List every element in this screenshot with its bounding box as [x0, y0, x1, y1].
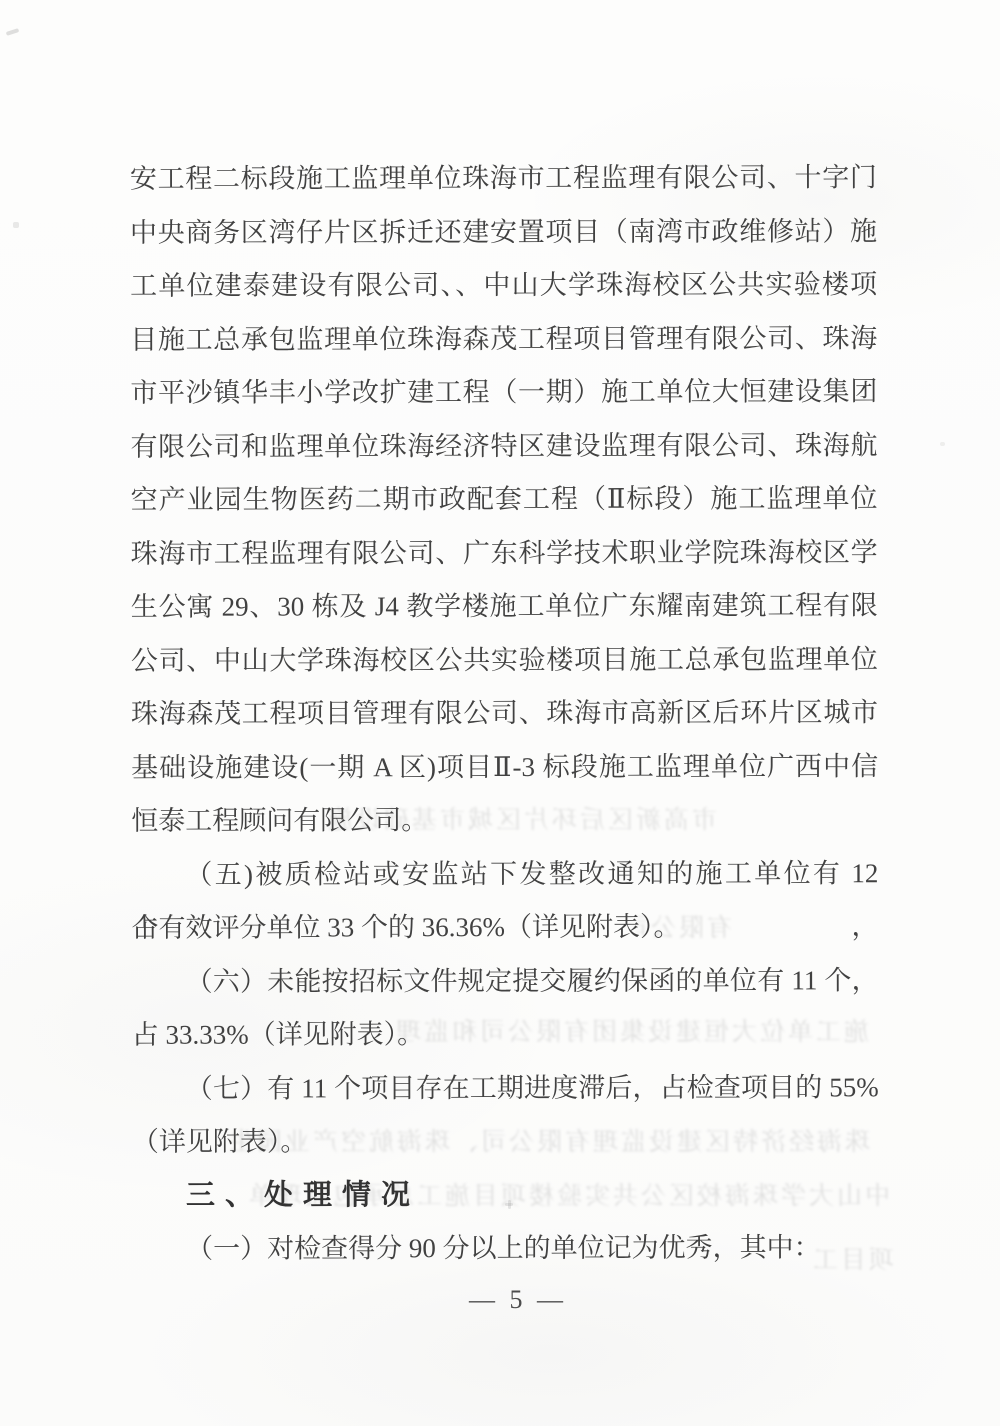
scan-speck	[13, 222, 19, 228]
body-text-line: 生公寓 29、30 栋及 J4 教学楼施工单位广东耀南建筑工程有限	[131, 579, 878, 634]
body-text-line: 恒泰工程顾问有限公司。	[131, 793, 878, 848]
scan-speck	[6, 28, 20, 36]
body-text-line: 工单位建泰建设有限公司、、中山大学珠海校区公共实验楼项	[130, 258, 877, 313]
scan-speck	[940, 442, 945, 446]
body-text-line: 目施工总承包监理单位珠海森茂工程项目管理有限公司、珠海	[130, 312, 877, 367]
body-text-line: 珠海市工程监理有限公司、广东科学技术职业学院珠海校区学	[131, 526, 878, 581]
list-item-1-processing: （一）对检查得分 90 分以上的单位记为优秀，其中：	[132, 1221, 879, 1276]
list-item-7-line2: （详见附表）。	[132, 1114, 879, 1169]
section-heading: 三、处理情况	[132, 1168, 879, 1223]
scanned-document-page: 市高新区后环片区城市基础设施 有限公司 施工单位大恒建设集团有限公司和监理 珠海…	[0, 0, 1000, 1426]
body-text-line: 空产业园生物医药二期市政配套工程（Ⅱ标段）施工监理单位	[130, 472, 877, 527]
body-text-line: 公司、中山大学珠海校区公共实验楼项目施工总承包监理单位	[131, 633, 878, 688]
list-item-7-line1: （七）有 11 个项目存在工期进度滞后，占检查项目的 55%	[132, 1061, 879, 1116]
body-text-line: 有限公司和监理单位珠海经济特区建设监理有限公司、珠海航	[130, 419, 877, 474]
page-content: 安工程二标段施工监理单位珠海市工程监理有限公司、十字门 中央商务区湾仔片区拆迁还…	[130, 151, 879, 1276]
body-text-line: 市平沙镇华丰小学改扩建工程（一期）施工单位大恒建设集团	[130, 365, 877, 420]
list-item-5-line1: （五)被质检站或安监站下发整改通知的施工单位有 12 个，	[131, 847, 878, 902]
body-text-line: 安工程二标段施工监理单位珠海市工程监理有限公司、十字门	[130, 151, 877, 206]
body-text-line: 基础设施建设(一期 A 区)项目Ⅱ-3 标段施工监理单位广西中信	[131, 740, 878, 795]
page-number: — 5 —	[18, 1282, 1000, 1318]
list-item-6-line1: （六）未能按招标文件规定提交履约保函的单位有 11 个，	[132, 954, 879, 1009]
body-text-line: 中央商务区湾仔片区拆迁还建安置项目（南湾市政维修站）施	[130, 205, 877, 260]
list-item-6-line2: 占 33.33%（详见附表）。	[132, 1007, 879, 1062]
body-text-line: 珠海森茂工程项目管理有限公司、珠海市高新区后环片区城市	[131, 686, 878, 741]
